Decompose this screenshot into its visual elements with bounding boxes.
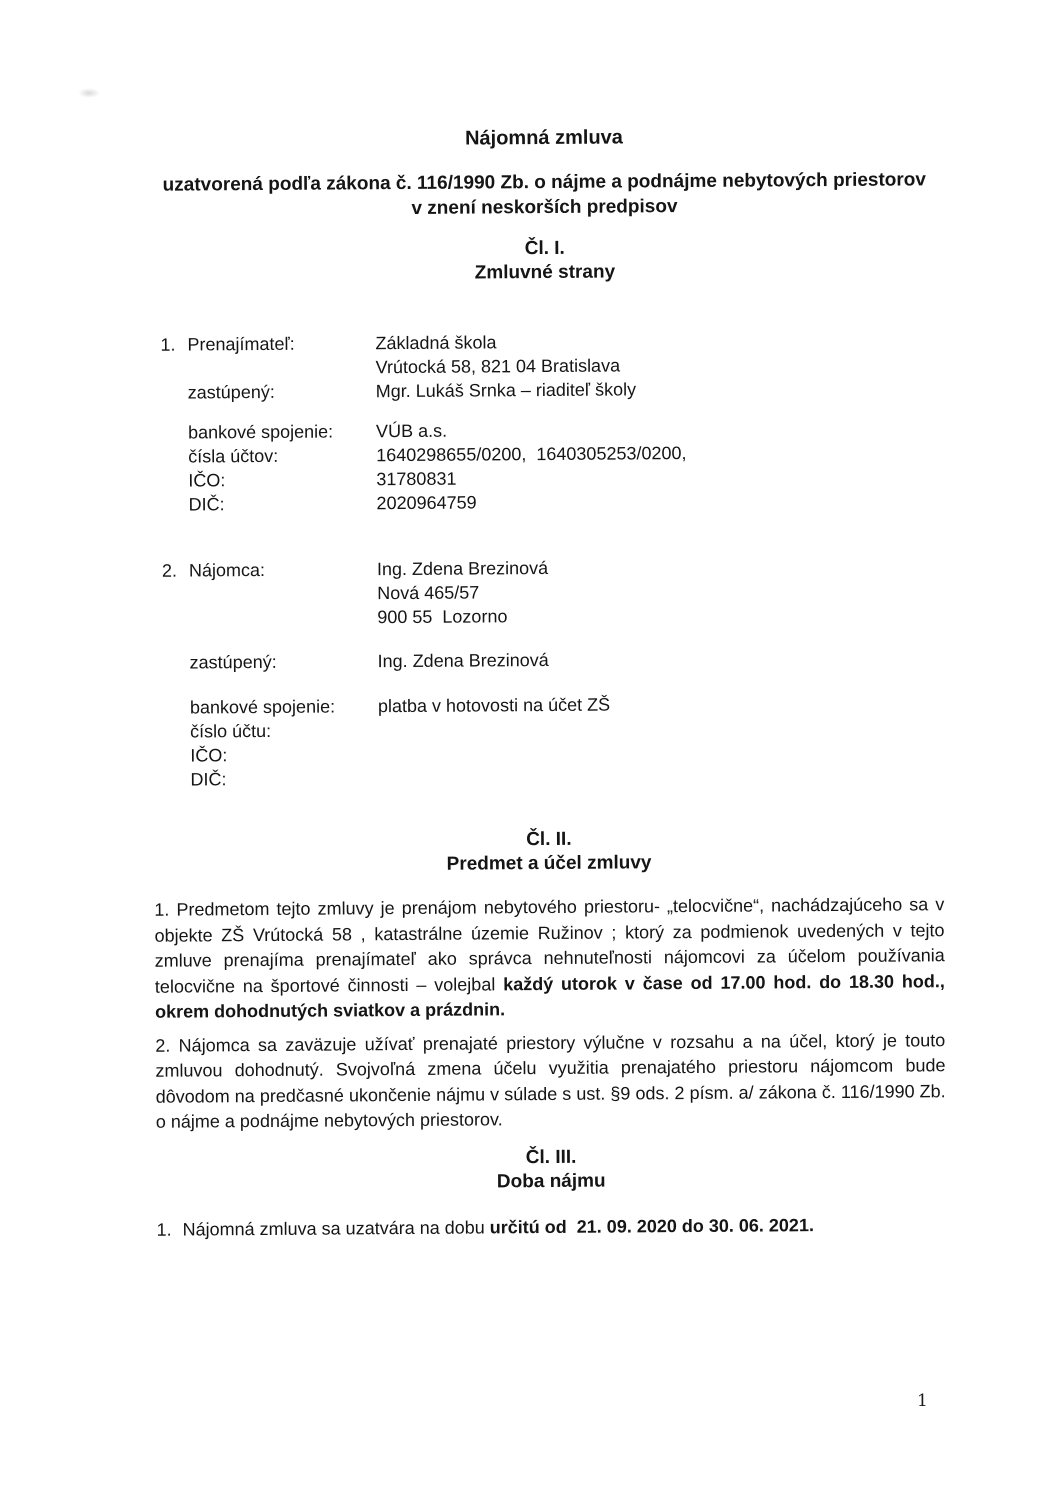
party-2-dic-row: DIČ: xyxy=(153,762,943,792)
article-3-item-1: 1. Nájomná zmluva sa uzatvára na dobu ur… xyxy=(156,1212,946,1243)
party-2-account-label: číslo účtu: xyxy=(190,718,378,743)
party-1-landlord-block: 1. Prenajímateľ: Základná škola Vrútocká… xyxy=(150,327,941,517)
column-spacer xyxy=(161,469,188,493)
party-2-index: 2. xyxy=(162,558,189,582)
article-2-paragraph-2: 2. Nájomca sa zaväzuje užívať prenajaté … xyxy=(155,1028,946,1136)
party-2-label: Nájomca: xyxy=(189,557,377,582)
page-number: 1 xyxy=(917,1391,928,1411)
party-2-represented-label: zastúpený: xyxy=(190,649,378,674)
party-2-address-row-2: 900 55 Lozorno xyxy=(152,601,942,631)
scanned-contract-page: Nájomná zmluva uzatvorená podľa zákona č… xyxy=(0,0,1058,1495)
column-spacer xyxy=(161,493,188,517)
article-2-paragraph-2-text: 2. Nájomca sa zaväzuje užívať prenajaté … xyxy=(155,1030,945,1132)
column-spacer xyxy=(163,743,190,767)
article-3-item-1-index: 1. xyxy=(156,1217,182,1242)
party-2-tenant-block: 2. Nájomca: Ing. Zdena Brezinová Nová 46… xyxy=(152,553,944,792)
party-1-represented-value: Mgr. Lukáš Srnka – riaditeľ školy xyxy=(376,375,941,403)
party-1-label: Prenajímateľ: xyxy=(187,331,375,356)
party-1-index: 1. xyxy=(160,333,187,357)
party-2-bank-label: bankové spojenie: xyxy=(190,694,378,719)
column-spacer xyxy=(163,650,190,674)
article-3-heading: Čl. III. Doba nájmu xyxy=(156,1143,946,1197)
article-3-title: Doba nájmu xyxy=(156,1167,946,1197)
document-title: Nájomná zmluva xyxy=(149,123,939,153)
party-1-represented-row: zastúpený: Mgr. Lukáš Srnka – riaditeľ š… xyxy=(151,375,941,405)
party-1-dic-label: DIČ: xyxy=(188,491,376,516)
party-2-dic-value xyxy=(378,762,943,790)
document-subtitle: uzatvorená podľa zákona č. 116/1990 Zb. … xyxy=(149,167,939,223)
article-1-title: Zmluvné strany xyxy=(150,258,940,288)
party-2-dic-label: DIČ: xyxy=(190,766,378,791)
article-2-paragraph-1: 1. Predmetom tejto zmluvy je prenájom ne… xyxy=(154,892,945,1025)
party-2-represented-row: zastúpený: Ing. Zdena Brezinová xyxy=(153,645,943,675)
article-2-heading: Čl. II. Predmet a účel zmluvy xyxy=(154,825,944,879)
column-spacer xyxy=(163,695,190,719)
article-3-item-1-bold-text: určitú od 21. 09. 2020 do 30. 06. 2021. xyxy=(490,1215,814,1237)
column-spacer xyxy=(160,357,187,381)
article-2-title: Predmet a účel zmluvy xyxy=(154,849,944,879)
party-1-accounts-label: čísla účtov: xyxy=(188,443,376,468)
party-2-represented-value: Ing. Zdena Brezinová xyxy=(378,645,943,673)
party-1-dic-value: 2020964759 xyxy=(376,487,941,515)
column-spacer xyxy=(162,582,189,606)
column-spacer xyxy=(187,355,375,380)
column-spacer xyxy=(161,421,188,445)
column-spacer xyxy=(161,445,188,469)
party-1-dic-row: DIČ: 2020964759 xyxy=(151,487,941,517)
article-3-item-1-text: Nájomná zmluva sa uzatvára na dobu určit… xyxy=(182,1212,946,1242)
party-2-ico-label: IČO: xyxy=(190,742,378,767)
article-3-item-1-normal-text: Nájomná zmluva sa uzatvára na dobu xyxy=(183,1217,490,1239)
column-spacer xyxy=(189,605,377,630)
party-2-address-line-2: 900 55 Lozorno xyxy=(377,601,942,629)
document-content: Nájomná zmluva uzatvorená podľa zákona č… xyxy=(149,123,947,1242)
column-spacer xyxy=(161,381,188,405)
column-spacer xyxy=(163,767,190,791)
party-1-ico-label: IČO: xyxy=(188,467,376,492)
column-spacer xyxy=(162,606,189,630)
party-1-bank-label: bankové spojenie: xyxy=(188,419,376,444)
article-1-heading: Čl. I. Zmluvné strany xyxy=(150,234,940,288)
party-1-represented-label: zastúpený: xyxy=(188,379,376,404)
scan-smudge xyxy=(78,88,100,98)
column-spacer xyxy=(189,581,377,606)
column-spacer xyxy=(163,719,190,743)
